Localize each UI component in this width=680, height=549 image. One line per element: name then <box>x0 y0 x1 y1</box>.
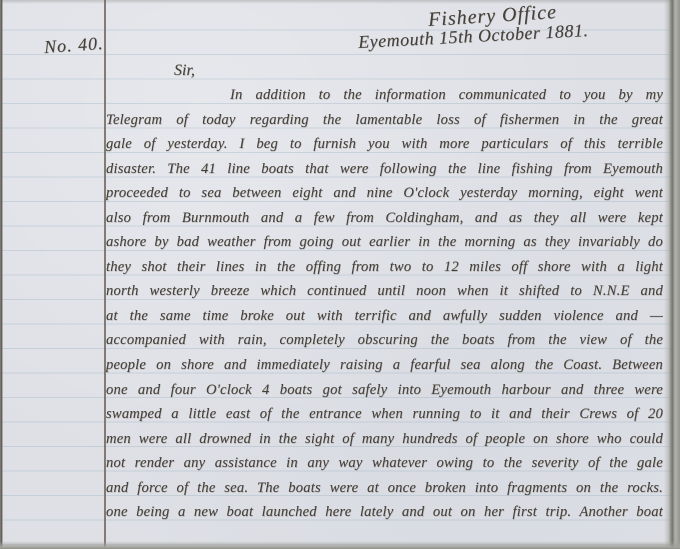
letter-line: gale of yesterday. I beg to furnish you … <box>106 132 663 157</box>
letter-line: and force of the sea. The boats were at … <box>106 476 663 501</box>
letter-line: Telegram of today regarding the lamentab… <box>106 108 663 133</box>
dateline: Eyemouth 15th October 1881. <box>358 20 589 53</box>
letter-number: No. 40. <box>43 33 104 58</box>
letter-line: they shot their lines in the offing from… <box>106 255 663 280</box>
letter-line: proceeded to sea between eight and nine … <box>106 181 663 206</box>
letter-line: one and four O'clock 4 boats got safely … <box>106 378 663 403</box>
top-page-edge <box>0 0 680 4</box>
letter-line: swamped a little east of the entrance wh… <box>106 402 663 427</box>
bottom-page-edge <box>0 541 680 549</box>
letter-line: people on shore and immediately raising … <box>106 353 663 378</box>
letter-line: also from Burnmouth and a few from Coldi… <box>106 206 663 231</box>
salutation: Sir, <box>174 62 195 80</box>
letter-line: disaster. The 41 line boats that were fo… <box>106 157 663 182</box>
letter-line: one being a new boat launched here latel… <box>106 500 663 525</box>
letter-page: Fishery Office Eyemouth 15th October 188… <box>0 0 680 549</box>
left-page-edge <box>0 0 3 549</box>
letter-line: not render any assistance in any way wha… <box>106 451 663 476</box>
letter-line: men were all drowned in the sight of man… <box>106 427 663 452</box>
letter-line: ashore by bad weather from going out ear… <box>106 230 663 255</box>
letter-line: at the same time broke out with terrific… <box>106 304 663 329</box>
letter-body: In addition to the information communica… <box>106 83 663 525</box>
letter-line: north westerly breeze which continued un… <box>106 279 663 304</box>
letter-line: accompanied with rain, completely obscur… <box>106 328 663 353</box>
right-page-edge <box>664 0 680 549</box>
letter-line: In addition to the information communica… <box>106 83 663 108</box>
